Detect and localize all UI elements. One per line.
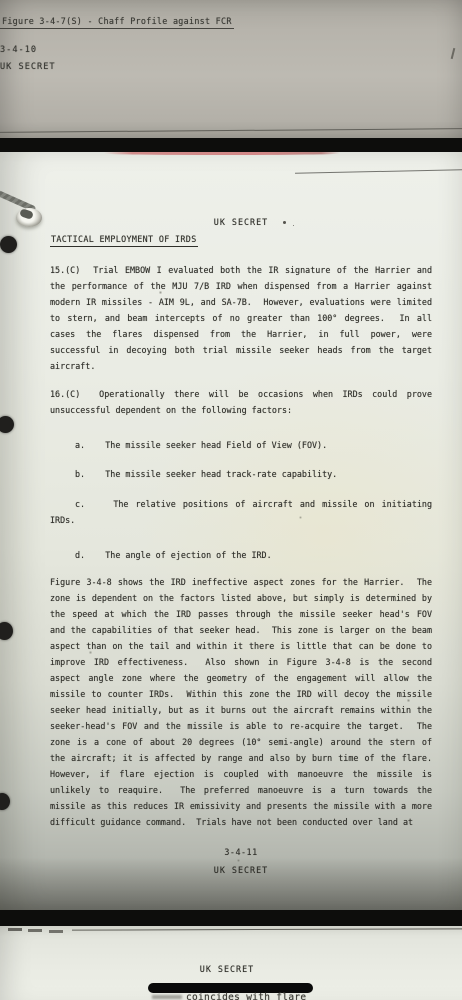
text-line: unsuccessful dependent on the following …	[50, 402, 432, 418]
paragraph-figure-3-4-8: Figure 3-4-8 shows the IRD ineffective a…	[50, 574, 432, 830]
text-line: b. The missile seeker head track-rate ca…	[75, 466, 432, 482]
text-line: c. The relative positions of aircraft an…	[50, 496, 432, 512]
text-line: Figure 3-4-8 shows the IRD ineffective a…	[50, 574, 432, 590]
text-line: missile as this reduces IR emissivity an…	[50, 798, 432, 814]
punch-hole	[0, 416, 14, 433]
text-line: 16.(C) Operationally there will be occas…	[50, 386, 432, 402]
page-number: 3-4-10	[0, 45, 462, 55]
classification-header: UK SECRET	[50, 214, 432, 230]
page-edge-line	[72, 928, 462, 930]
punch-hole	[0, 622, 13, 640]
classification-footer: UK SECRET	[50, 862, 432, 878]
factor-item-d: d. The angle of ejection of the IRD.	[75, 547, 432, 563]
paragraph-15: 15.(C) Trial EMBOW I evaluated both the …	[50, 262, 432, 374]
text-line: IRDs.	[50, 512, 432, 528]
text-line: aspect than on the tail and within it th…	[50, 638, 432, 654]
text-line: successful in decoying both trial missil…	[50, 342, 432, 358]
previous-page-bottom: Figure 3-4-7(S) - Chaff Profile against …	[0, 0, 462, 138]
page-edge-line	[0, 128, 462, 133]
text-line: However, if flare ejection is coupled wi…	[50, 766, 432, 782]
paper-specks	[0, 152, 1, 153]
text-line: modern IR missiles - AIM 9L, and SA-7B. …	[50, 294, 432, 310]
factor-item-b: b. The missile seeker head track-rate ca…	[75, 466, 432, 482]
text-line: difficult guidance command. Trials have …	[50, 814, 432, 830]
edge-smudges	[8, 928, 22, 931]
red-sheet-edge	[104, 152, 340, 155]
text-line: to stern, and beam intercepts of no grea…	[50, 310, 432, 326]
text-line: the aircraft; it is affected by range an…	[50, 750, 432, 766]
text-line: d. The angle of ejection of the IRD.	[75, 547, 432, 563]
cut-off-text-line: coincides with flare	[186, 992, 306, 1000]
text-line: aspect angle zone where the geometry of …	[50, 670, 432, 686]
classification-marking: UK SECRET	[0, 62, 462, 72]
text-line: a. The missile seeker head Field of View…	[75, 437, 432, 453]
cut-off-text-smudge	[152, 995, 182, 999]
text-line: the performance of the MJU 7/B IRD when …	[50, 278, 432, 294]
text-line: unlikely to reaquire. The preferred mano…	[50, 782, 432, 798]
paper-crease	[295, 169, 462, 173]
text-line: aircraft.	[50, 358, 432, 374]
text-line: missile to counter IRDs. Within this zon…	[50, 686, 432, 702]
classification-header: UK SECRET	[36, 961, 418, 977]
scanned-document-photo: Figure 3-4-7(S) - Chaff Profile against …	[0, 0, 462, 1000]
text-line: 15.(C) Trial EMBOW I evaluated both the …	[50, 262, 432, 278]
factor-item-c: c. The relative positions of aircraft an…	[50, 496, 432, 528]
text-line: zone is a cone of about 20 degrees (10° …	[50, 734, 432, 750]
punch-hole	[0, 793, 10, 810]
section-heading: TACTICAL EMPLOYMENT OF IRDS	[50, 231, 198, 247]
figure-caption: Figure 3-4-7(S) - Chaff Profile against …	[0, 13, 462, 29]
punch-hole	[0, 236, 17, 253]
document-page: UK SECRET TACTICAL EMPLOYMENT OF IRDS 15…	[0, 152, 462, 910]
figure-caption-text: Figure 3-4-7(S) - Chaff Profile against …	[0, 16, 234, 29]
text-line: improve IRD effectiveness. Also shown in…	[50, 654, 432, 670]
text-line: the speed at which the IRD passes throug…	[50, 606, 432, 622]
text-line: and the capabilities of that seeker head…	[50, 622, 432, 638]
page-number: 3-4-11	[50, 844, 432, 860]
text-line: seeker-head's FOV and the missile is abl…	[50, 718, 432, 734]
text-line: seeker head initially, but as it burns o…	[50, 702, 432, 718]
paragraph-16: 16.(C) Operationally there will be occas…	[50, 386, 432, 418]
text-line: zone is dependent on the factors listed …	[50, 590, 432, 606]
section-heading-text: TACTICAL EMPLOYMENT OF IRDS	[50, 234, 198, 247]
factor-item-a: a. The missile seeker head Field of View…	[75, 437, 432, 453]
text-line: cases the flares dispensed from the Harr…	[50, 326, 432, 342]
next-page-top: UK SECRET coincides with flare	[0, 926, 462, 1000]
